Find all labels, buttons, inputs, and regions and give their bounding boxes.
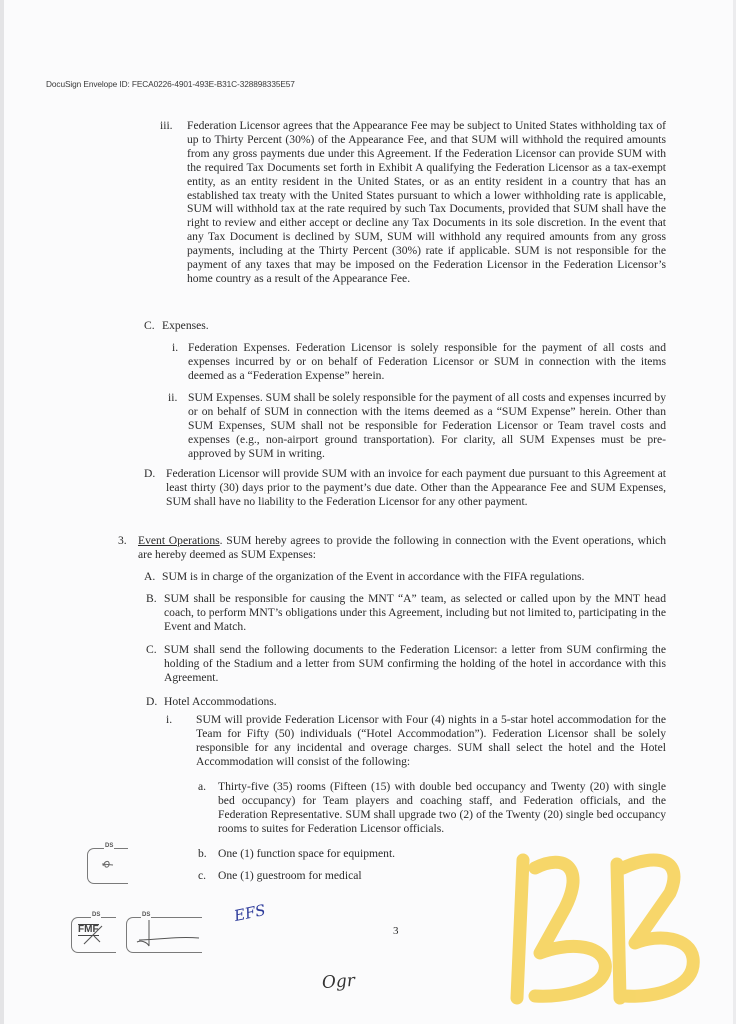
clause-3-a: A. SUM is in charge of the organization … bbox=[144, 570, 666, 584]
clause-text: SUM shall be responsible for causing the… bbox=[146, 592, 666, 634]
clause-c: C. Expenses. bbox=[144, 319, 664, 333]
section-label: 3. bbox=[118, 534, 127, 548]
clause-label: C. bbox=[146, 643, 157, 657]
clause-3-b: B. SUM shall be responsible for causing … bbox=[146, 592, 666, 634]
clause-label: iii. bbox=[160, 119, 173, 133]
clause-text: SUM will provide Federation Licensor wit… bbox=[166, 713, 666, 769]
docusign-envelope-id: DocuSign Envelope ID: FECA0226-4901-493E… bbox=[46, 79, 295, 89]
clause-label: D. bbox=[146, 695, 157, 709]
clause-b-iii: iii. Federation Licensor agrees that the… bbox=[160, 119, 666, 286]
clause-text: Federation Licensor agrees that the Appe… bbox=[160, 119, 666, 286]
clause-d: D. Federation Licensor will provide SUM … bbox=[144, 467, 666, 509]
ds-tag: DS bbox=[91, 912, 101, 918]
clause-text: Federation Licensor will provide SUM wit… bbox=[144, 467, 666, 509]
clause-text: SUM is in charge of the organization of … bbox=[144, 570, 666, 584]
clause-label: B. bbox=[146, 592, 157, 606]
clause-label: i. bbox=[166, 713, 172, 727]
clause-label: a. bbox=[198, 780, 206, 794]
docusign-initial-box[interactable]: DS bbox=[87, 848, 128, 884]
clause-text: Thirty-five (35) rooms (Fifteen (15) wit… bbox=[198, 780, 666, 836]
docusign-initial-box-fmf[interactable]: DS FMF bbox=[71, 917, 116, 953]
clause-3-d-i-a: a. Thirty-five (35) rooms (Fifteen (15) … bbox=[198, 780, 666, 836]
page-number: 3 bbox=[393, 925, 399, 937]
clause-c-ii: ii. SUM Expenses. SUM shall be solely re… bbox=[168, 391, 666, 461]
clause-label: b. bbox=[198, 847, 207, 861]
clause-label: D. bbox=[144, 467, 155, 481]
clause-label: c. bbox=[198, 869, 206, 883]
clause-heading: Expenses. bbox=[144, 319, 664, 333]
clause-text: Federation Expenses. Federation Licensor… bbox=[172, 341, 666, 383]
clause-text: SUM shall send the following documents t… bbox=[146, 643, 666, 685]
clause-3-c: C. SUM shall send the following document… bbox=[146, 643, 666, 685]
section-heading: Event Operations bbox=[138, 534, 220, 547]
page-edge bbox=[0, 0, 4, 1024]
clause-heading: Hotel Accommodations. bbox=[146, 695, 666, 709]
section-3: 3. Event Operations. SUM hereby agrees t… bbox=[118, 534, 666, 562]
signature-stroke-icon bbox=[127, 918, 201, 950]
docusign-signature-box[interactable]: DS bbox=[126, 917, 202, 953]
clause-c-i: i. Federation Expenses. Federation Licen… bbox=[172, 341, 666, 383]
clause-3-d-i: i. SUM will provide Federation Licensor … bbox=[166, 713, 666, 769]
clause-text: SUM Expenses. SUM shall be solely respon… bbox=[168, 391, 666, 461]
clause-label: ii. bbox=[168, 391, 177, 405]
handwritten-initials-bottom: Ogr bbox=[321, 971, 355, 993]
handwritten-initials-efs: EFS bbox=[232, 901, 267, 925]
initial-scribble-icon bbox=[101, 858, 115, 870]
clause-label: A. bbox=[144, 570, 155, 584]
ds-tag: DS bbox=[104, 843, 114, 849]
highlighter-initials-bb bbox=[505, 848, 725, 1018]
clause-3-d: D. Hotel Accommodations. bbox=[146, 695, 666, 709]
initial-slash-icon bbox=[80, 922, 106, 946]
clause-label: C. bbox=[144, 319, 155, 333]
clause-label: i. bbox=[172, 341, 178, 355]
